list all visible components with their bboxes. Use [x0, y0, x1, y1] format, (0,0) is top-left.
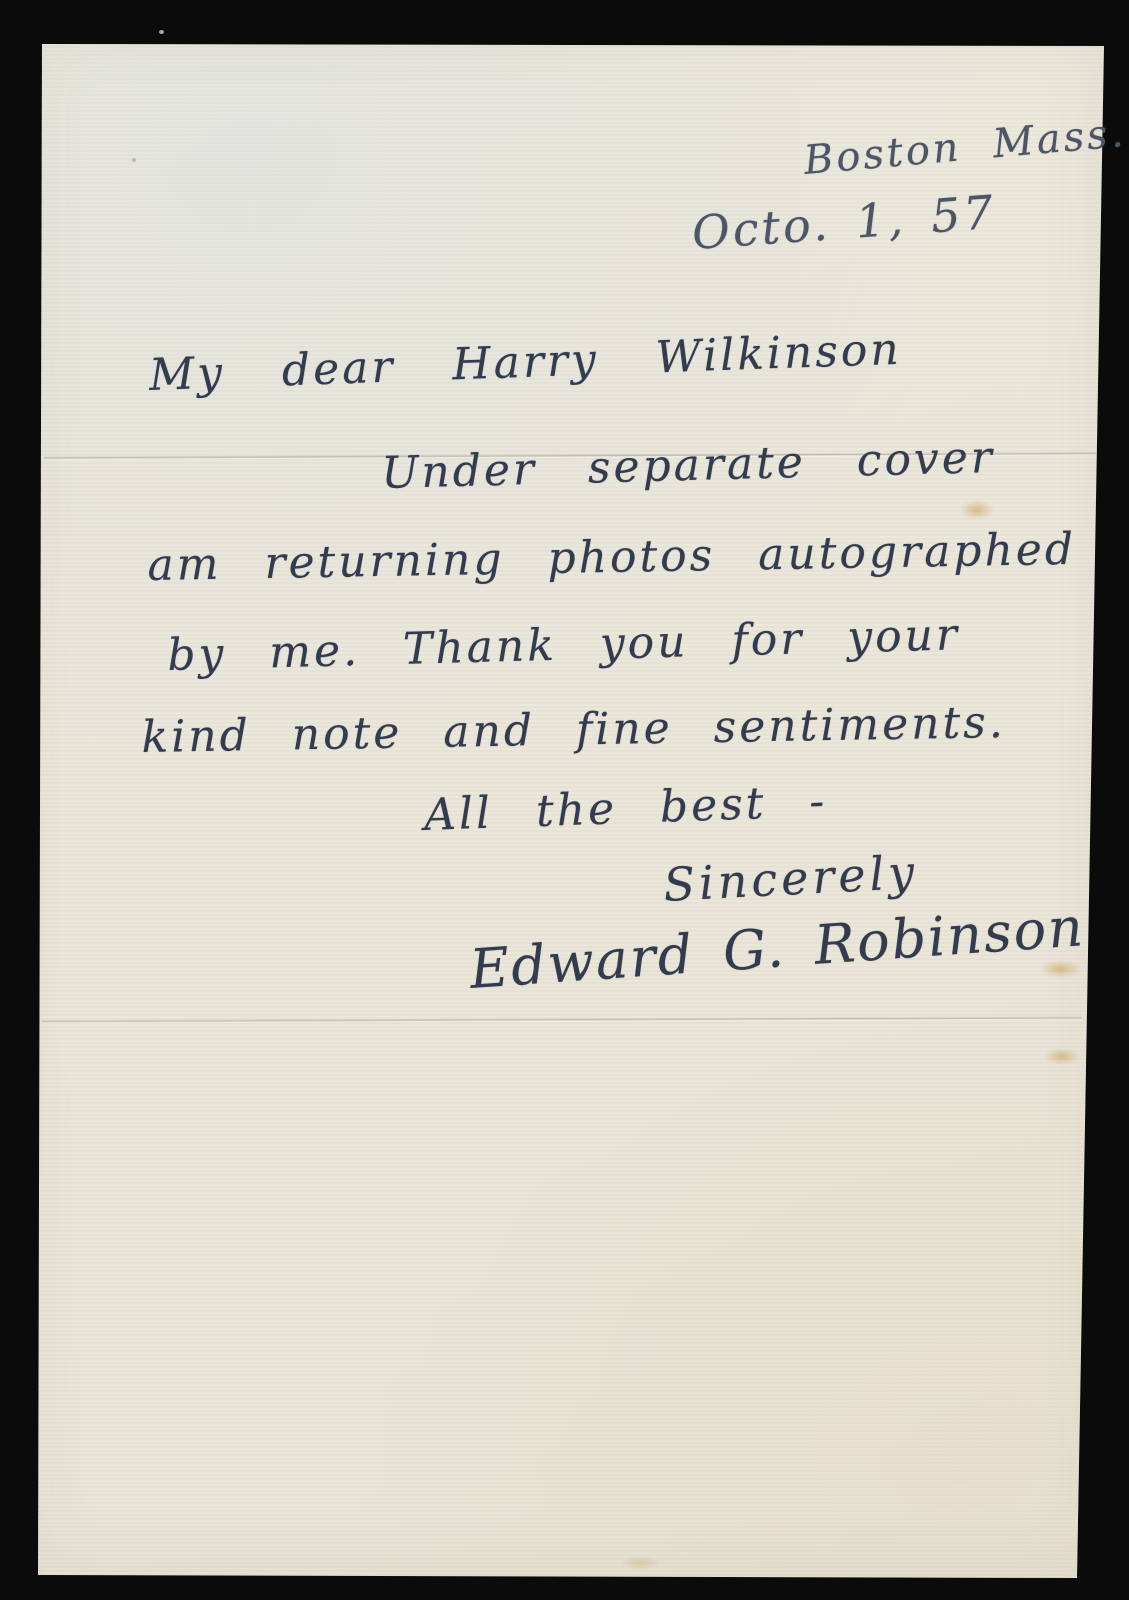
dust-speck [132, 158, 136, 162]
scan-background: Boston Mass. Octo. 1, 57 My dear Harry W… [0, 0, 1129, 1600]
dust-speck [159, 30, 164, 34]
age-stain [960, 500, 994, 520]
age-stain [1044, 1048, 1080, 1065]
age-stain [620, 1556, 660, 1570]
age-stain [1040, 960, 1082, 978]
